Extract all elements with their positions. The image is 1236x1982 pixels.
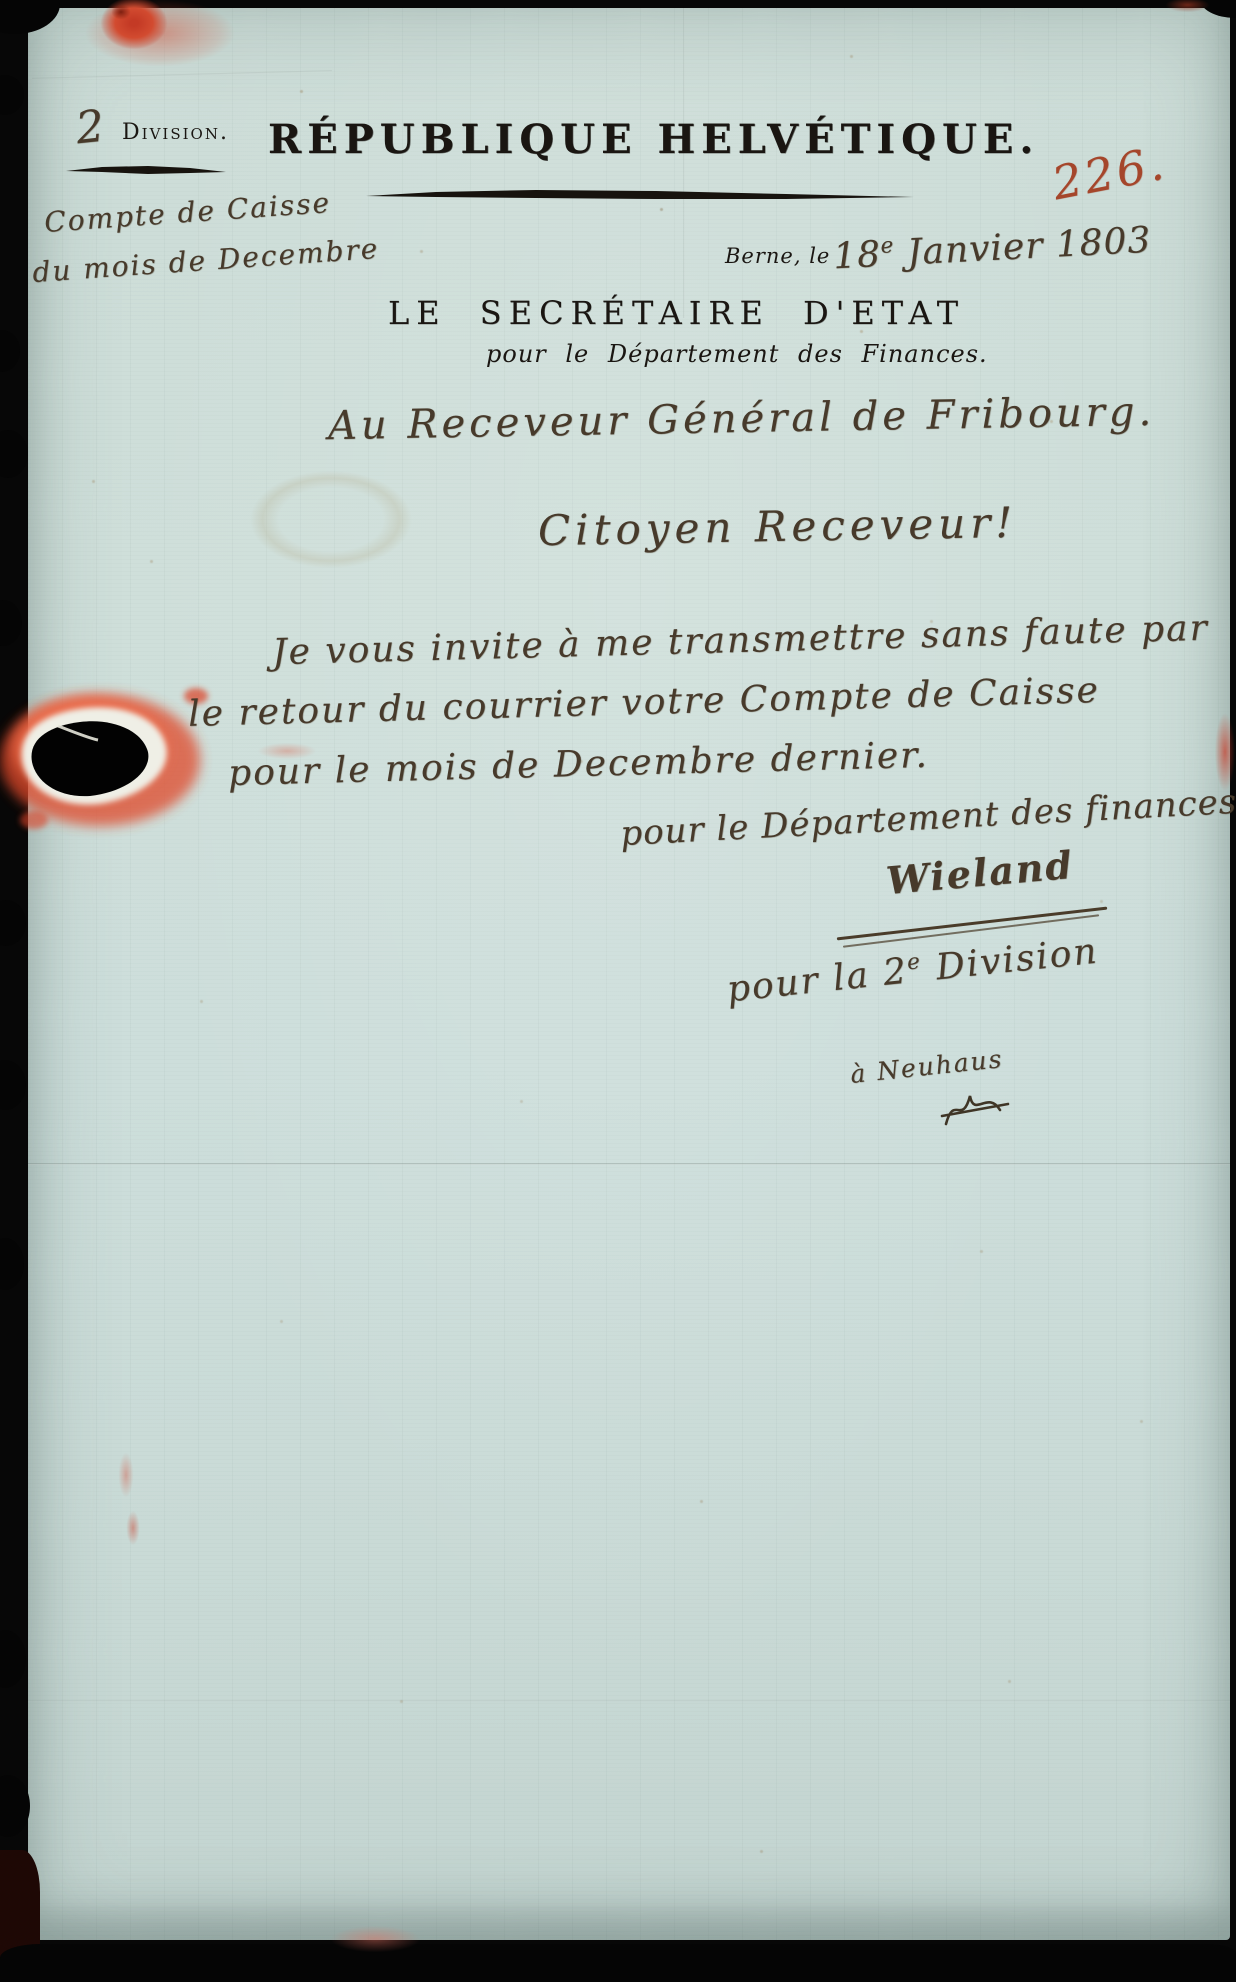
water-stain [236,462,426,577]
edge-tear [0,900,26,946]
division-number: 2 [73,101,106,155]
office-subtitle: pour le Département des Finances. [486,340,988,368]
edge-tear [0,430,28,478]
scanned-letter: 2 Division. RÉPUBLIQUE HELVÉTIQUE. 226. … [0,0,1236,1982]
edge-tear [0,75,24,115]
salutation-line: Citoyen Receveur! [538,498,1018,555]
dateline-printed: Berne, le [725,244,830,268]
masthead-title: RÉPUBLIQUE HELVÉTIQUE. [268,116,1039,163]
date-day: 18 [832,234,882,277]
edge-tear [0,600,22,646]
paraph-flourish [938,1082,1014,1136]
edge-tear [0,1775,30,1837]
bottom-scan-edge [0,1944,1236,1982]
wax-spot [108,2,134,22]
edge-tear [0,330,20,372]
masthead-rule [366,186,916,204]
red-streak [116,1445,136,1505]
office-title: LE SECRÉTAIRE D'ETAT [388,294,965,332]
foxing-specks [0,0,3,3]
division-label: Division. [122,120,229,145]
pink-smear [318,1922,433,1956]
red-streak [124,1505,142,1551]
fold-crease-horizontal-faint [28,1700,1230,1702]
fold-crease-vertical [683,8,685,318]
edge-tear [0,1630,26,1688]
edge-tear [0,1060,26,1110]
edge-tear [0,1238,24,1290]
wax-droplet [20,811,48,829]
date-ordinal: e [880,233,895,259]
fold-crease-horizontal [28,1163,1230,1165]
division-rule [66,163,228,177]
